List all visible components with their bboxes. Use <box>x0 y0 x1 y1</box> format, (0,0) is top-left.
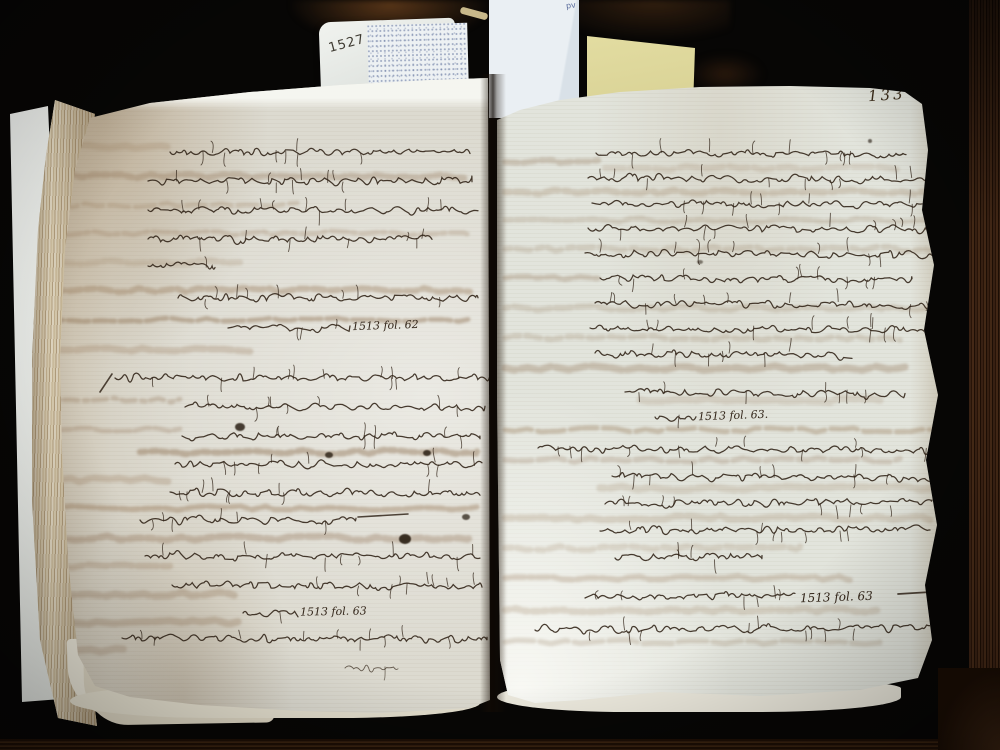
right-page: 1513 fol. 63.1513 fol. 63 133 <box>494 80 946 710</box>
legible-fragment: 1513 fol. 63 <box>300 604 367 618</box>
legible-fragment: 1513 fol. 63. <box>698 408 769 423</box>
wood-table-edge-right <box>969 0 1000 750</box>
left-page-handwriting <box>52 76 492 716</box>
book-gutter-shadow <box>480 74 506 712</box>
folio-number: 133 <box>867 85 906 106</box>
legible-fragment: 1513 fol. 63 <box>800 589 873 606</box>
wood-table-corner <box>938 668 1000 750</box>
left-page: 1513 fol. 621513 fol. 63 <box>52 76 492 716</box>
legible-fragment: 1513 fol. 62 <box>352 318 419 333</box>
slip-ink-mark: pv <box>566 0 577 10</box>
tab-year-label: 1527 <box>327 32 367 56</box>
right-page-handwriting <box>494 80 946 710</box>
manuscript-photo: 1527 pv 1513 fol. 621513 fol. 63 1513 fo… <box>0 0 1000 750</box>
wood-table-edge-bottom <box>0 739 1000 750</box>
